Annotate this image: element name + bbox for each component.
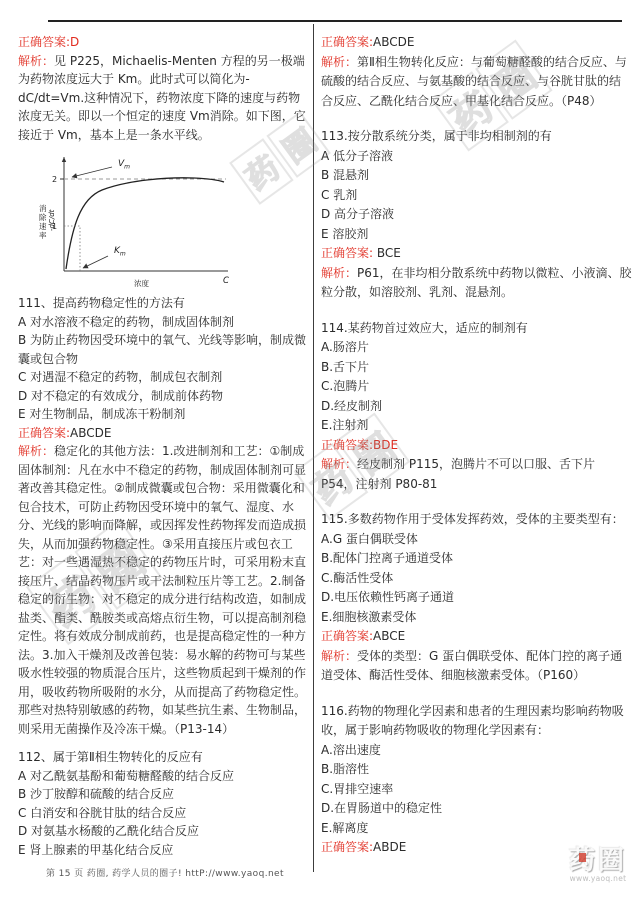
option-b: B 为防止药物因受环境中的氧气、光线等影响，制成微囊或包合物 [18,331,307,368]
option-b: B 混悬剂 [321,166,632,186]
option-e: E.解离度 [321,819,632,839]
analysis-q114: 解析：经皮制剂 P115，泡腾片不可以口服、舌下片 P54，注射剂 P80-81 [321,455,632,494]
analysis-q111: 解析：稳定化的其他方法：1.改进制剂和工艺：①制成固体制剂：凡在水中不稳定的药物… [18,442,307,738]
km-sub: m [120,251,126,258]
vm-arrow [72,167,112,177]
analysis-text: 第Ⅱ相生物转化反应：与葡萄糖醛酸的结合反应、与硫酸的结合反应、与氨基酸的结合反应… [321,55,627,108]
option-e: E.细胞核激素受体 [321,608,632,628]
answer-line-q110: 正确答案:D [18,33,307,52]
km-label: Km [114,246,126,258]
analysis-text: P61，在非均相分散系统中药物以微粒、小液滴、胶粒分散，如溶胶剂、乳剂、混悬剂。 [321,266,632,300]
answer-value: ABCE [373,629,405,643]
answer-label: 正确答案: [321,840,373,854]
option-d: D 高分子溶液 [321,205,632,225]
option-e: E.注射剂 [321,416,632,436]
document-page: 正确答案:D 解析：见 P225，Michaelis-Menten 方程的另一极… [0,0,640,905]
ylabel-char: 除 [39,213,47,222]
option-a: A.肠溶片 [321,338,632,358]
option-c: C 乳剂 [321,186,632,206]
option-e: E 肾上腺素的甲基化结合反应 [18,841,307,860]
option-b: B 沙丁胺醇和硫酸的结合反应 [18,785,307,804]
answer-label: 正确答案: [18,426,70,440]
analysis-q115: 解析：受体的类型：G 蛋白偶联受体、配体门控的离子通道受体、酶活性受体、细胞核激… [321,647,632,686]
ylabel-char: 速 [39,221,47,231]
option-d: D.在胃肠道中的稳定性 [321,799,632,819]
analysis-label: 解析： [18,54,54,68]
saturation-curve [66,178,224,269]
answer-line-q111: 正确答案:ABCDE [18,424,307,443]
option-a: A 对水溶液不稳定的药物，制成固体制剂 [18,313,307,332]
ytick-2: 2 [52,175,57,184]
option-a: A 对乙酰氨基酚和葡萄糖醛酸的结合反应 [18,767,307,786]
answer-line-q114: 正确答案:BDE [321,436,632,456]
michaelis-menten-figure: 2 1 Vm Km 消 除 速 率 -d [26,149,238,291]
question-title: 116.药物的物理化学因素和患者的生理因素均影响药物吸收，属于影响药物吸收的物理… [321,702,632,741]
km-arrow [83,256,108,268]
option-c: C.胃排空速率 [321,780,632,800]
option-d: D.经皮制剂 [321,397,632,417]
answer-label: 正确答案: [321,438,373,452]
vm-label: Vm [118,159,130,171]
question-111: 111、提高药物稳定性的方法有 A 对水溶液不稳定的药物，制成固体制剂 B 为防… [18,294,307,738]
analysis-label: 解析： [18,444,54,458]
x-axis-label: 浓度 [134,278,149,288]
analysis-q113: 解析：P61，在非均相分散系统中药物以微粒、小液滴、胶粒分散，如溶胶剂、乳剂、混… [321,264,632,303]
analysis-label: 解析： [321,649,357,663]
question-112-continued: 正确答案:ABCDE 解析：第Ⅱ相生物转化反应：与葡萄糖醛酸的结合反应、与硫酸的… [321,33,632,111]
logo-stamp-text: 药圈 [559,840,637,877]
answer-line-q113: 正确答案: BCE [321,244,632,264]
vm-sub: m [124,164,130,171]
option-e: E 对生物制品，制成冻干粉制剂 [18,405,307,424]
option-c: C 对遇湿不稳定的药物，制成包衣制剂 [18,368,307,387]
analysis-label: 解析： [321,457,357,471]
analysis-text: 受体的类型：G 蛋白偶联受体、配体门控的离子通道受体、酶活性受体、细胞核激素受体… [321,649,622,683]
analysis-q112: 解析：第Ⅱ相生物转化反应：与葡萄糖醛酸的结合反应、与硫酸的结合反应、与氨基酸的结… [321,53,632,112]
analysis-text: 经皮制剂 P115，泡腾片不可以口服、舌下片 P54，注射剂 P80-81 [321,457,595,491]
option-a: A.溶出速度 [321,741,632,761]
question-title: 111、提高药物稳定性的方法有 [18,294,307,313]
answer-label: 正确答案: [18,35,70,49]
question-113: 113.按分散系统分类，属于非均相制剂的有 A 低分子溶液 B 混悬剂 C 乳剂… [321,127,632,303]
answer-label: 正确答案: [321,246,377,260]
analysis-q110: 解析：见 P225，Michaelis-Menten 方程的另一极端为药物浓度远… [18,52,307,145]
option-c: C.酶活性受体 [321,569,632,589]
answer-label: 正确答案: [321,35,373,49]
question-title: 114.某药物首过效应大，适应的制剂有 [321,319,632,339]
y-axis-fraction-label: -dC/dt [48,209,56,231]
option-d: D 对不稳定的有效成分，制成前体药物 [18,387,307,406]
option-a: A 低分子溶液 [321,147,632,167]
x-end-label: C [223,276,229,286]
y-axis-arrowhead [62,157,66,162]
analysis-text: 见 P225，Michaelis-Menten 方程的另一极端为药物浓度远大于 … [18,54,306,142]
option-b: B.脂溶性 [321,760,632,780]
option-a: A.G 蛋白偶联受体 [321,530,632,550]
question-114: 114.某药物首过效应大，适应的制剂有 A.肠溶片 B.舌下片 C.泡腾片 D.… [321,319,632,495]
answer-value: ABCDE [373,35,414,49]
answer-label: 正确答案: [321,629,373,643]
left-column: 正确答案:D 解析：见 P225，Michaelis-Menten 方程的另一极… [0,24,313,872]
two-column-layout: 正确答案:D 解析：见 P225，Michaelis-Menten 方程的另一极… [0,24,640,872]
answer-value: BDE [373,438,398,452]
answer-line-q115: 正确答案:ABCE [321,627,632,647]
ylabel-char: 率 [39,230,47,240]
question-title: 112、属于第Ⅱ相生物转化的反应有 [18,748,307,767]
analysis-label: 解析： [321,266,357,280]
answer-value: BCE [377,246,401,260]
question-title: 113.按分散系统分类，属于非均相制剂的有 [321,127,632,147]
analysis-label: 解析： [321,55,357,69]
question-115: 115.多数药物作用于受体发挥药效，受体的主要类型有： A.G 蛋白偶联受体 B… [321,510,632,686]
option-e: E 溶胶剂 [321,225,632,245]
answer-value: ABCDE [70,426,111,440]
question-title: 115.多数药物作用于受体发挥药效，受体的主要类型有： [321,510,632,530]
page-footer: 第 15 页 药圈, 药学人员的圈子! httP://www.yaoq.net [46,866,284,879]
answer-value: ABDE [373,840,406,854]
top-rule [48,20,622,22]
answer-line-q112: 正确答案:ABCDE [321,33,632,53]
option-c: C 白消安和谷胱甘肽的结合反应 [18,804,307,823]
question-116: 116.药物的物理化学因素和患者的生理因素均影响药物吸收，属于影响药物吸收的物理… [321,702,632,858]
logo-url-text: www.yaoq.net [559,874,637,883]
ylabel-char: 消 [39,203,47,213]
question-112: 112、属于第Ⅱ相生物转化的反应有 A 对乙酰氨基酚和葡萄糖醛酸的结合反应 B … [18,748,307,859]
option-d: D.电压依赖性钙离子通道 [321,588,632,608]
answer-value: D [70,35,79,49]
option-b: B.配体门控离子通道受体 [321,549,632,569]
logo-red-accent [579,853,586,862]
yaoquan-logo: 药圈 www.yaoq.net [559,840,637,883]
right-column: 正确答案:ABCDE 解析：第Ⅱ相生物转化反应：与葡萄糖醛酸的结合反应、与硫酸的… [313,24,640,872]
option-c: C.泡腾片 [321,377,632,397]
analysis-text: 稳定化的其他方法：1.改进制剂和工艺：①制成固体制剂：凡在水中不稳定的药物，制成… [18,444,306,736]
option-b: B.舌下片 [321,358,632,378]
option-d: D 对氨基水杨酸的乙酰化结合反应 [18,822,307,841]
